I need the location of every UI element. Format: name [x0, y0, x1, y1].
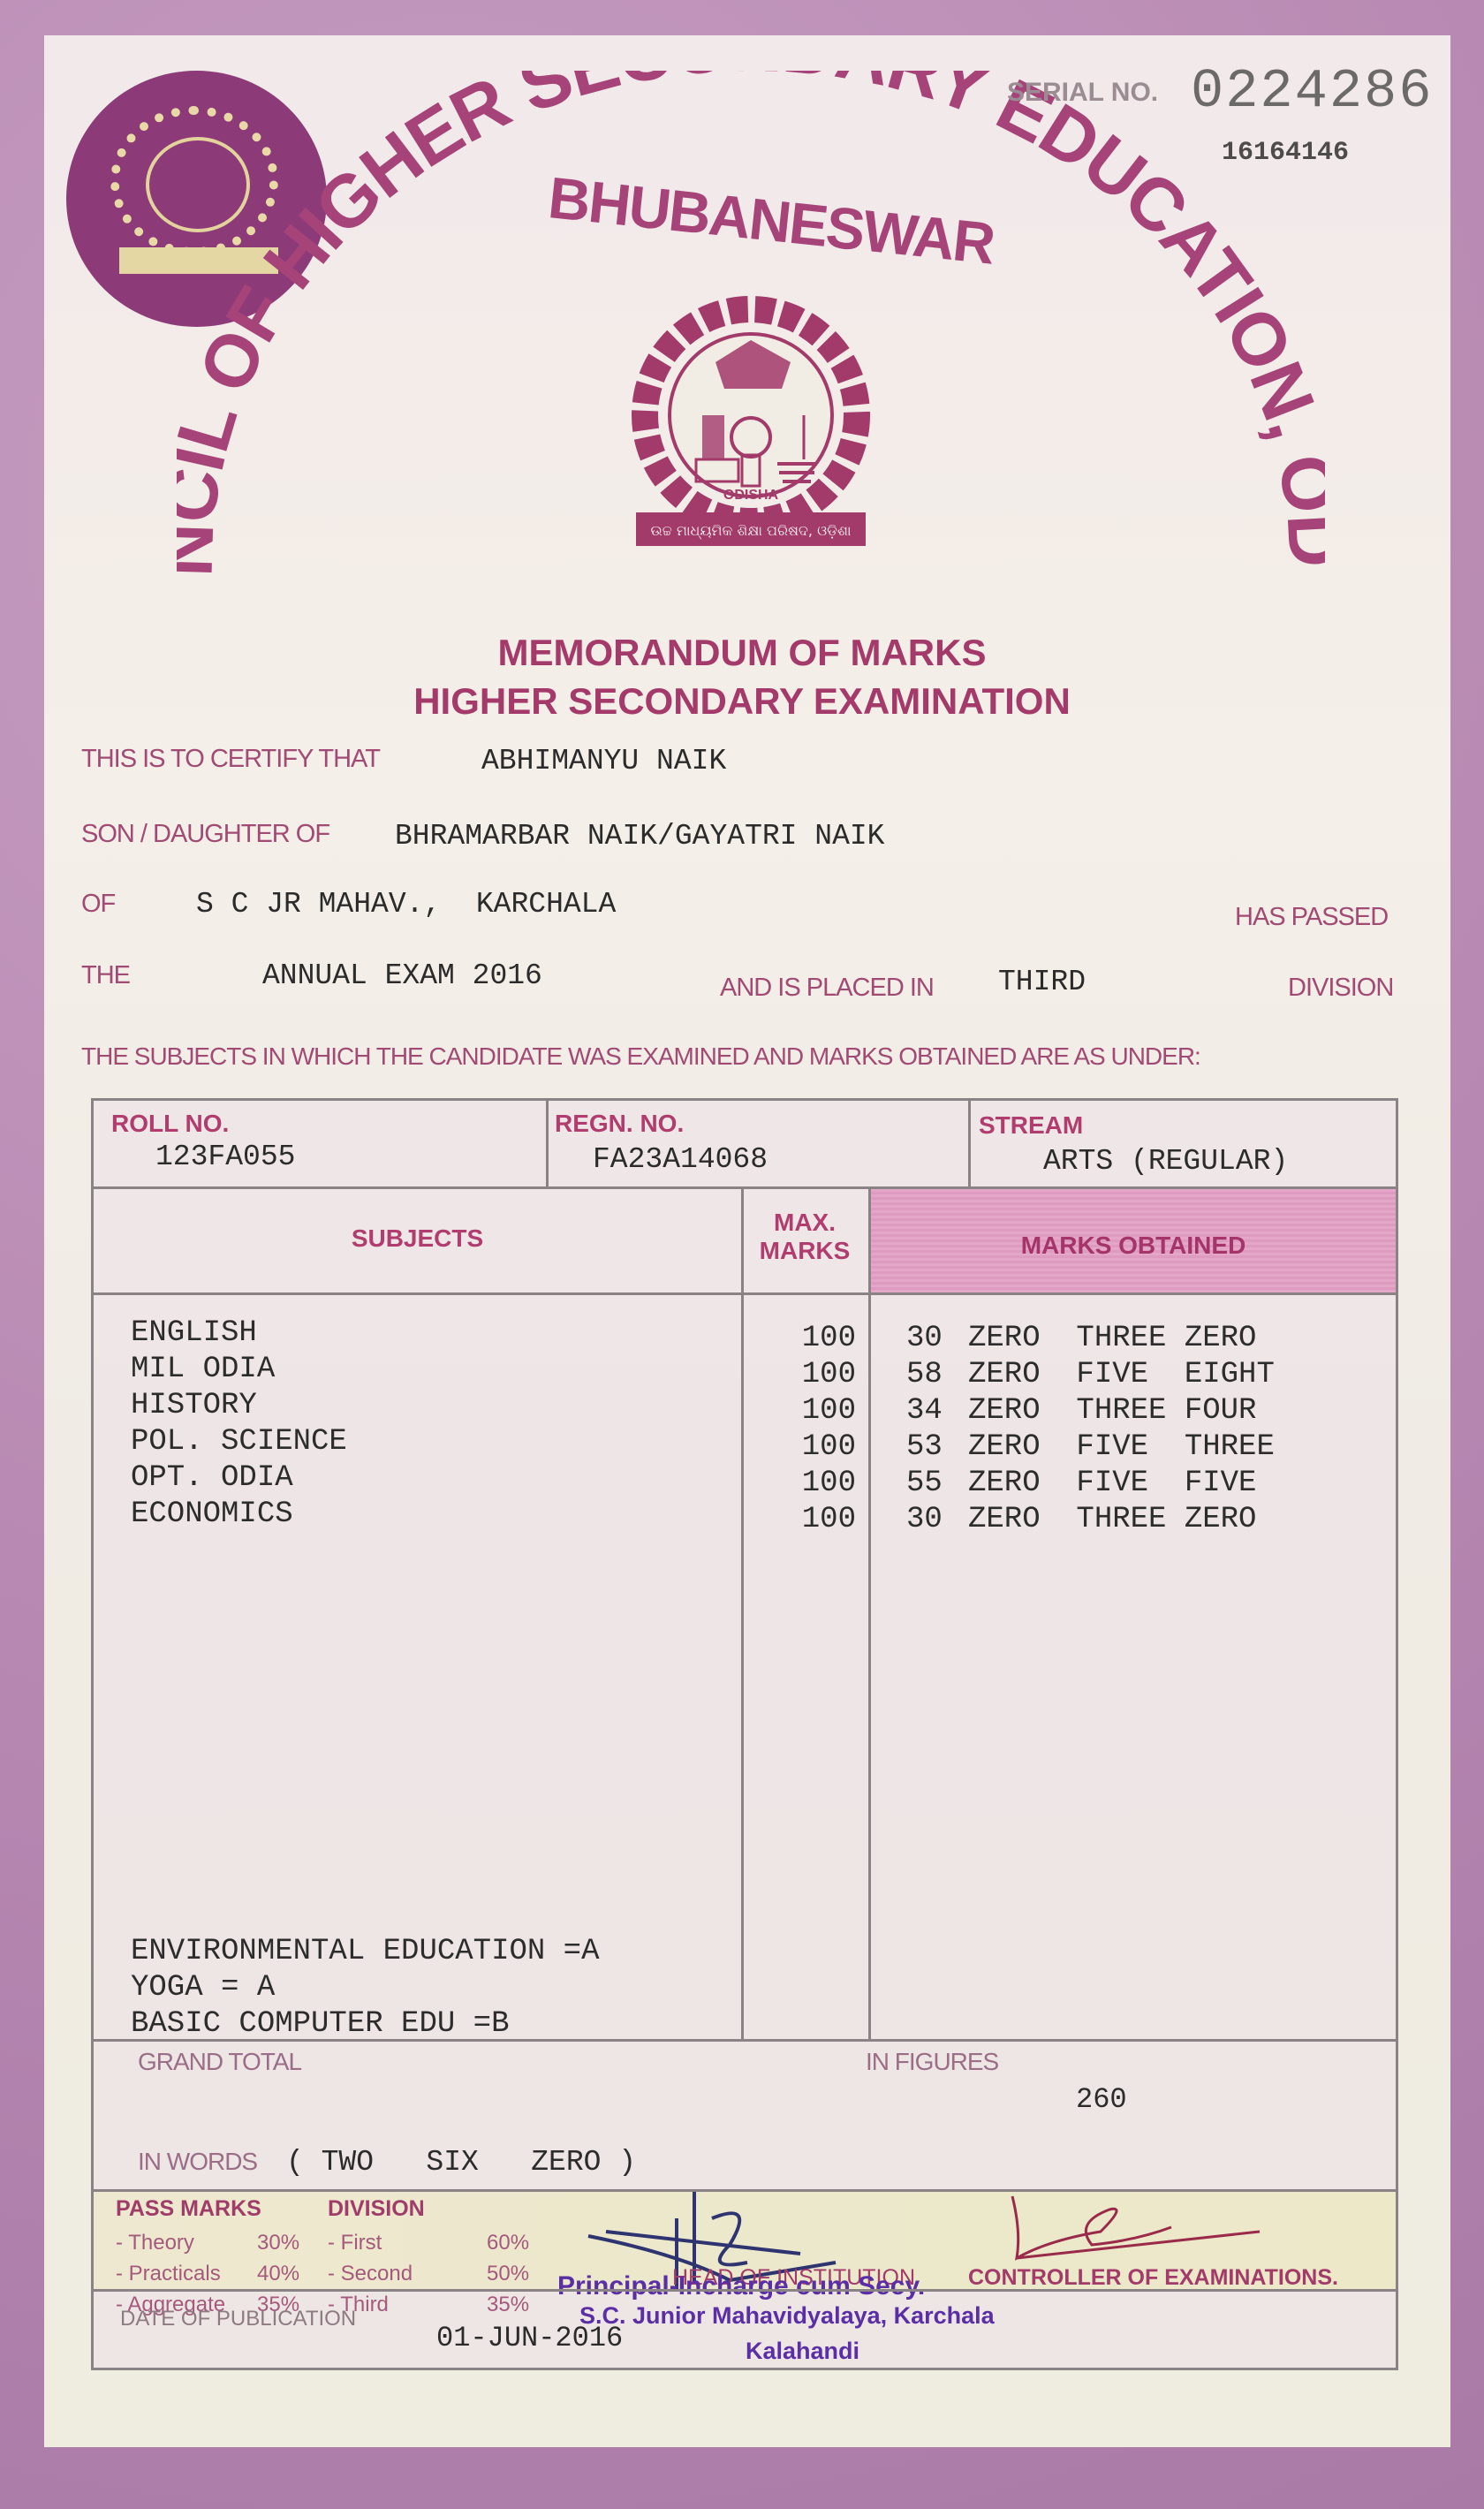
subject-row: OPT. ODIA — [131, 1460, 731, 1497]
pass-mark-value: 40% — [257, 2258, 299, 2289]
division-rule-value: 50% — [487, 2258, 529, 2289]
division-rule-value: 60% — [487, 2227, 529, 2258]
max-marks-header-line1: MAX. — [741, 1209, 868, 1237]
pass-mark-value: 30% — [257, 2227, 299, 2258]
principal-stamp-line1: Principal-Incharge cum Secy. — [557, 2271, 925, 2301]
placed-label: AND IS PLACED IN — [720, 974, 934, 1003]
division-rule-value: 35% — [487, 2289, 529, 2320]
stream-label: STREAM — [979, 1111, 1083, 1140]
subjects-header: SUBJECTS — [94, 1224, 741, 1253]
obtained-words-cell: ZERO FIVE THREE — [968, 1429, 1392, 1466]
marks-table: ROLL NO. 123FA055 REGN. NO. FA23A14068 S… — [91, 1098, 1398, 2370]
svg-text:ODISHA: ODISHA — [723, 488, 779, 503]
institution-name: S C JR MAHAV., KARCHALA — [196, 888, 616, 921]
roll-label: ROLL NO. — [111, 1110, 229, 1138]
max-marks-header: MAX. MARKS — [741, 1209, 868, 1265]
obtained-figure-cell: 55 — [906, 1466, 977, 1502]
stream-value: ARTS (REGULAR) — [1043, 1145, 1288, 1178]
subject-row: HISTORY — [131, 1388, 731, 1424]
subjects-intro: THE SUBJECTS IN WHICH THE CANDIDATE WAS … — [81, 1042, 1200, 1071]
parent-names: BHRAMARBAR NAIK/GAYATRI NAIK — [395, 820, 885, 853]
council-emblem-icon: ODISHA ଉଚ୍ଚ ମାଧ୍ୟମିକ ଶିକ୍ଷା ପରିଷଦ, ଓଡ଼ିଶ… — [618, 292, 883, 557]
regn-label: REGN. NO. — [555, 1110, 684, 1138]
division-value: THIRD — [998, 966, 1086, 998]
candidate-name: ABHIMANYU NAIK — [481, 745, 726, 777]
obtained-figure-cell: 34 — [906, 1393, 977, 1429]
principal-stamp-line2: S.C. Junior Mahavidyalaya, Karchala — [579, 2302, 995, 2330]
pass-mark-label: - Theory — [116, 2227, 225, 2258]
publication-label: DATE OF PUBLICATION — [120, 2307, 356, 2331]
obtained-figure-cell: 30 — [906, 1502, 977, 1538]
subject-row: POL. SCIENCE — [131, 1424, 731, 1460]
max-mark-cell: 100 — [741, 1393, 856, 1429]
obtained-figure-cell: 58 — [906, 1357, 977, 1393]
has-passed-label: HAS PASSED — [1235, 903, 1388, 932]
obtained-figure-cell: 53 — [906, 1429, 977, 1466]
pass-marks-title: PASS MARKS — [116, 2196, 261, 2222]
obtained-words-cell: ZERO THREE ZERO — [968, 1502, 1392, 1538]
svg-text:ଉଚ୍ଚ ମାଧ୍ୟମିକ ଶିକ୍ଷା ପରିଷଦ, ଓଡ: ଉଚ୍ଚ ମାଧ୍ୟମିକ ଶିକ୍ଷା ପରିଷଦ, ଓଡ଼ିଶା — [650, 522, 851, 539]
obtained-words-cell: ZERO FIVE EIGHT — [968, 1357, 1392, 1393]
division-rule-label: - Second — [328, 2258, 413, 2289]
obtained-words-cell: ZERO THREE FOUR — [968, 1393, 1392, 1429]
sub-number: 16164146 — [1222, 138, 1349, 168]
in-figures-label: IN FIGURES — [866, 2048, 998, 2076]
obtained-figures-list: 30 58 34 53 55 30 — [906, 1321, 977, 1538]
subject-row: ECONOMICS — [131, 1497, 731, 1533]
max-marks-list: 100 100 100 100 100 100 — [741, 1321, 856, 1538]
grand-total-figures: 260 — [1076, 2083, 1127, 2116]
document-title: MEMORANDUM OF MARKS — [0, 632, 1484, 674]
the-label: THE — [81, 961, 130, 990]
principal-stamp-line3: Kalahandi — [746, 2338, 859, 2365]
obtained-words-cell: ZERO FIVE FIVE — [968, 1466, 1392, 1502]
serial-label: SERIAL NO. — [1007, 78, 1158, 108]
grade-row: BASIC COMPUTER EDU =B — [131, 2006, 740, 2043]
max-mark-cell: 100 — [741, 1429, 856, 1466]
division-label: DIVISION — [1288, 974, 1393, 1003]
serial-number: 0224286 — [1191, 60, 1433, 123]
obtained-figure-cell: 30 — [906, 1321, 977, 1357]
roll-value: 123FA055 — [155, 1141, 295, 1173]
grand-total-words: ( TWO SIX ZERO ) — [286, 2146, 636, 2179]
obtained-words-cell: ZERO THREE ZERO — [968, 1321, 1392, 1357]
obtained-words-list: ZERO THREE ZERO ZERO FIVE EIGHT ZERO THR… — [968, 1321, 1392, 1538]
exam-title: HIGHER SECONDARY EXAMINATION — [0, 680, 1484, 723]
grade-list: ENVIRONMENTAL EDUCATION =A YOGA = A BASI… — [131, 1934, 740, 2043]
certify-label: THIS IS TO CERTIFY THAT — [81, 745, 380, 774]
max-mark-cell: 100 — [741, 1466, 856, 1502]
max-marks-header-line2: MARKS — [741, 1237, 868, 1265]
division-values: 60% 50% 35% — [487, 2227, 529, 2320]
subject-row: ENGLISH — [131, 1315, 731, 1352]
of-label: OF — [81, 890, 115, 919]
grade-row: YOGA = A — [131, 1970, 740, 2006]
parent-label: SON / DAUGHTER OF — [81, 820, 329, 849]
max-mark-cell: 100 — [741, 1321, 856, 1357]
controller-label: CONTROLLER OF EXAMINATIONS. — [968, 2265, 1338, 2291]
subject-list: ENGLISH MIL ODIA HISTORY POL. SCIENCE OP… — [131, 1315, 731, 1533]
grand-total-label: GRAND TOTAL — [138, 2048, 301, 2076]
in-words-label: IN WORDS — [138, 2148, 257, 2176]
division-title: DIVISION — [328, 2196, 425, 2222]
grade-row: ENVIRONMENTAL EDUCATION =A — [131, 1934, 740, 1970]
subject-row: MIL ODIA — [131, 1352, 731, 1388]
exam-name: ANNUAL EXAM 2016 — [262, 959, 542, 992]
controller-signature-icon — [995, 2187, 1366, 2276]
pass-mark-label: - Practicals — [116, 2258, 225, 2289]
marks-obtained-header: MARKS OBTAINED — [871, 1232, 1396, 1260]
max-mark-cell: 100 — [741, 1502, 856, 1538]
regn-value: FA23A14068 — [593, 1143, 768, 1176]
max-mark-cell: 100 — [741, 1357, 856, 1393]
division-rule-label: - First — [328, 2227, 413, 2258]
